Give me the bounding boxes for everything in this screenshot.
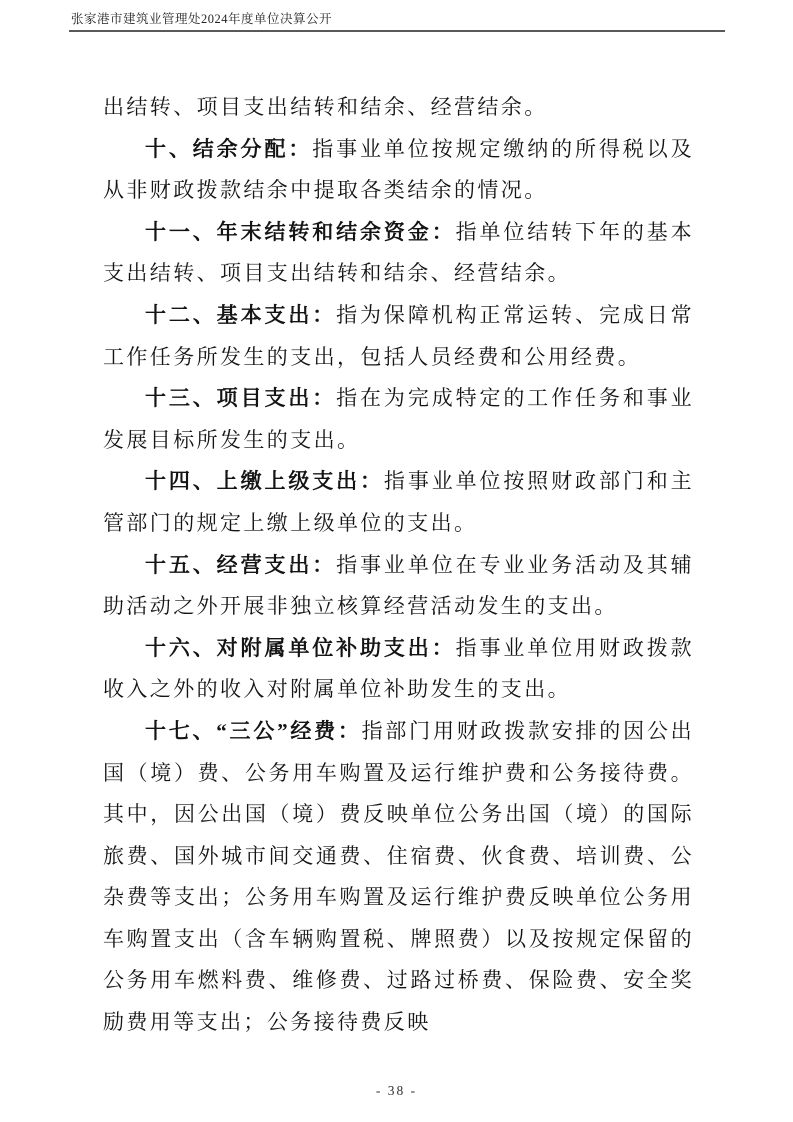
paragraph-lead: 十二、基本支出： <box>145 303 336 327</box>
paragraph: 十、结余分配：指事业单位按规定缴纳的所得税以及从非财政拨款结余中提取各类结余的情… <box>103 129 694 212</box>
paragraph-lead: 十、结余分配： <box>145 137 312 161</box>
paragraph-lead: 十七、“三公”经费： <box>145 719 362 743</box>
paragraph: 十一、年末结转和结余资金：指单位结转下年的基本支出结转、项目支出结转和结余、经营… <box>103 212 694 295</box>
header-rule <box>69 30 725 32</box>
paragraph: 十七、“三公”经费：指部门用财政拨款安排的因公出国（境）费、公务用车购置及运行维… <box>103 711 694 1044</box>
paragraph-text: 出结转、项目支出结转和结余、经营结余。 <box>103 95 548 119</box>
header-title: 张家港市建筑业管理处2024年度单位决算公开 <box>71 12 332 26</box>
paragraph: 十四、上缴上级支出：指事业单位按照财政部门和主管部门的规定上缴上级单位的支出。 <box>103 461 694 544</box>
page-footer: - 38 - <box>0 1083 793 1099</box>
paragraph: 出结转、项目支出结转和结余、经营结余。 <box>103 87 694 129</box>
page-header: 张家港市建筑业管理处2024年度单位决算公开 <box>71 12 726 27</box>
paragraph: 十五、经营支出：指事业单位在专业业务活动及其辅助活动之外开展非独立核算经营活动发… <box>103 545 694 628</box>
paragraph-lead: 十一、年末结转和结余资金： <box>145 220 456 244</box>
page-number: - 38 - <box>376 1083 417 1098</box>
paragraph: 十二、基本支出：指为保障机构正常运转、完成日常工作任务所发生的支出，包括人员经费… <box>103 295 694 378</box>
paragraph: 十六、对附属单位补助支出：指事业单位用财政拨款收入之外的收入对附属单位补助发生的… <box>103 628 694 711</box>
paragraph-lead: 十三、项目支出： <box>145 386 336 410</box>
paragraph-lead: 十四、上缴上级支出： <box>145 469 384 493</box>
document-page: 张家港市建筑业管理处2024年度单位决算公开 出结转、项目支出结转和结余、经营结… <box>0 0 793 1122</box>
paragraph-lead: 十五、经营支出： <box>145 553 336 577</box>
document-body: 出结转、项目支出结转和结余、经营结余。 十、结余分配：指事业单位按规定缴纳的所得… <box>103 87 694 1044</box>
paragraph-lead: 十六、对附属单位补助支出： <box>145 636 456 660</box>
paragraph-text: 指部门用财政拨款安排的因公出国（境）费、公务用车购置及运行维护费和公务接待费。其… <box>103 719 694 1034</box>
paragraph: 十三、项目支出：指在为完成特定的工作任务和事业发展目标所发生的支出。 <box>103 378 694 461</box>
